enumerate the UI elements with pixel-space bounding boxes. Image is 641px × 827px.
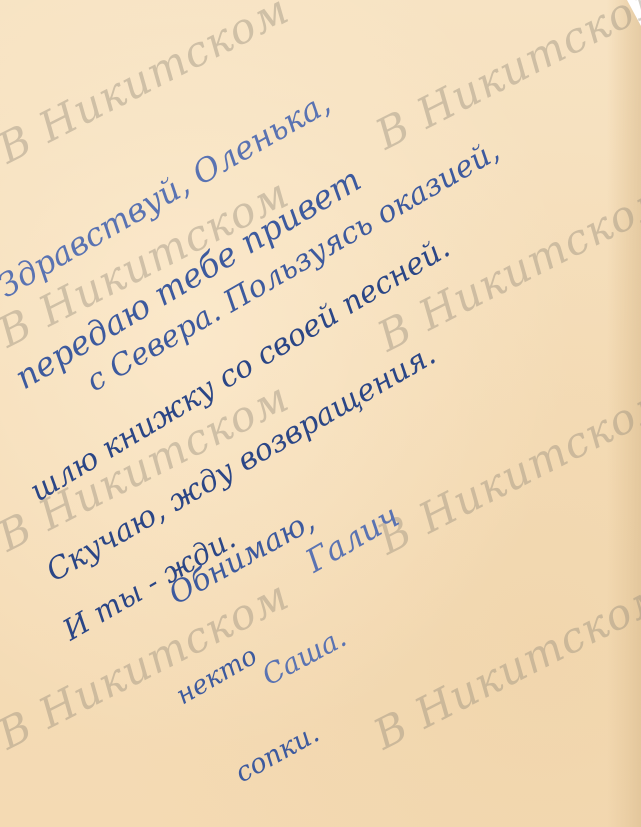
watermark: В Никитском — [370, 375, 641, 564]
letter-page: В Никитском В Никитском В Никитском В Ни… — [0, 0, 641, 827]
watermark: В Никитском — [368, 0, 641, 159]
watermark: В Никитском — [366, 570, 641, 759]
letter-postscript: Саша. — [257, 621, 352, 692]
letter-postscript: сопки. — [230, 717, 325, 788]
letter-signature: Галич — [299, 496, 406, 579]
